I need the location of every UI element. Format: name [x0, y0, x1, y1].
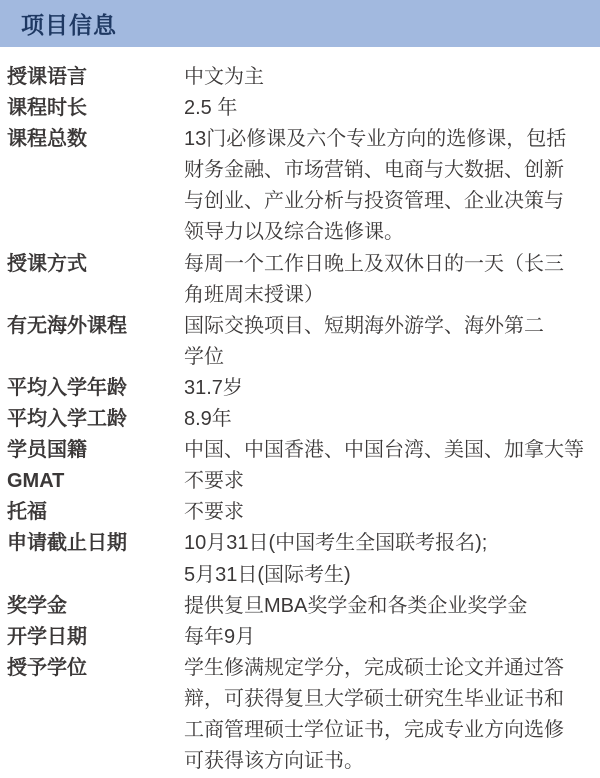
table-row: 学员国籍 中国、中国香港、中国台湾、美国、加拿大等	[7, 435, 596, 466]
table-row: 托福 不要求	[7, 497, 596, 528]
info-table: 授课语言 中文为主 课程时长 2.5 年 课程总数 13门必修课及六个专业方向的…	[0, 47, 600, 777]
row-label: 平均入学工龄	[7, 404, 184, 435]
row-label: 课程总数	[7, 124, 184, 155]
table-row: 有无海外课程 国际交换项目、短期海外游学、海外第二 学位	[7, 311, 596, 373]
table-row: 开学日期 每年9月	[7, 622, 596, 653]
row-value: 中文为主	[184, 62, 596, 93]
table-row: GMAT 不要求	[7, 466, 596, 497]
row-label: 平均入学年龄	[7, 373, 184, 404]
row-value: 不要求	[184, 466, 596, 497]
row-value: 提供复旦MBA奖学金和各类企业奖学金	[184, 591, 596, 622]
row-label: 授课方式	[7, 249, 184, 280]
section-header-bar: 项目信息	[0, 0, 600, 47]
row-value: 国际交换项目、短期海外游学、海外第二 学位	[184, 311, 596, 373]
row-value: 2.5 年	[184, 93, 596, 124]
row-value: 每周一个工作日晚上及双休日的一天（长三 角班周末授课）	[184, 249, 596, 311]
table-row: 平均入学工龄 8.9年	[7, 404, 596, 435]
section-title: 项目信息	[21, 7, 117, 40]
row-label: GMAT	[7, 466, 184, 497]
row-label: 授予学位	[7, 653, 184, 684]
row-value: 31.7岁	[184, 373, 596, 404]
row-label: 托福	[7, 497, 184, 528]
row-label: 授课语言	[7, 62, 184, 93]
row-value: 不要求	[184, 497, 596, 528]
table-row: 授课方式 每周一个工作日晚上及双休日的一天（长三 角班周末授课）	[7, 249, 596, 311]
row-value: 学生修满规定学分，完成硕士论文并通过答 辩，可获得复旦大学硕士研究生毕业证书和 …	[184, 653, 596, 777]
row-label: 开学日期	[7, 622, 184, 653]
row-label: 申请截止日期	[7, 528, 184, 559]
row-label: 学员国籍	[7, 435, 184, 466]
table-row: 奖学金 提供复旦MBA奖学金和各类企业奖学金	[7, 591, 596, 622]
table-row: 申请截止日期 10月31日(中国考生全国联考报名); 5月31日(国际考生)	[7, 528, 596, 590]
row-label: 奖学金	[7, 591, 184, 622]
table-row: 课程时长 2.5 年	[7, 93, 596, 124]
row-value: 8.9年	[184, 404, 596, 435]
table-row: 课程总数 13门必修课及六个专业方向的选修课，包括 财务金融、市场营销、电商与大…	[7, 124, 596, 248]
row-label: 有无海外课程	[7, 311, 184, 342]
row-value: 10月31日(中国考生全国联考报名); 5月31日(国际考生)	[184, 528, 596, 590]
table-row: 平均入学年龄 31.7岁	[7, 373, 596, 404]
project-info-page: 项目信息 授课语言 中文为主 课程时长 2.5 年 课程总数 13门必修课及六个…	[0, 0, 600, 778]
table-row: 授予学位 学生修满规定学分，完成硕士论文并通过答 辩，可获得复旦大学硕士研究生毕…	[7, 653, 596, 777]
row-value: 每年9月	[184, 622, 596, 653]
row-value: 13门必修课及六个专业方向的选修课，包括 财务金融、市场营销、电商与大数据、创新…	[184, 124, 596, 248]
row-value: 中国、中国香港、中国台湾、美国、加拿大等	[184, 435, 596, 466]
row-label: 课程时长	[7, 93, 184, 124]
table-row: 授课语言 中文为主	[7, 62, 596, 93]
